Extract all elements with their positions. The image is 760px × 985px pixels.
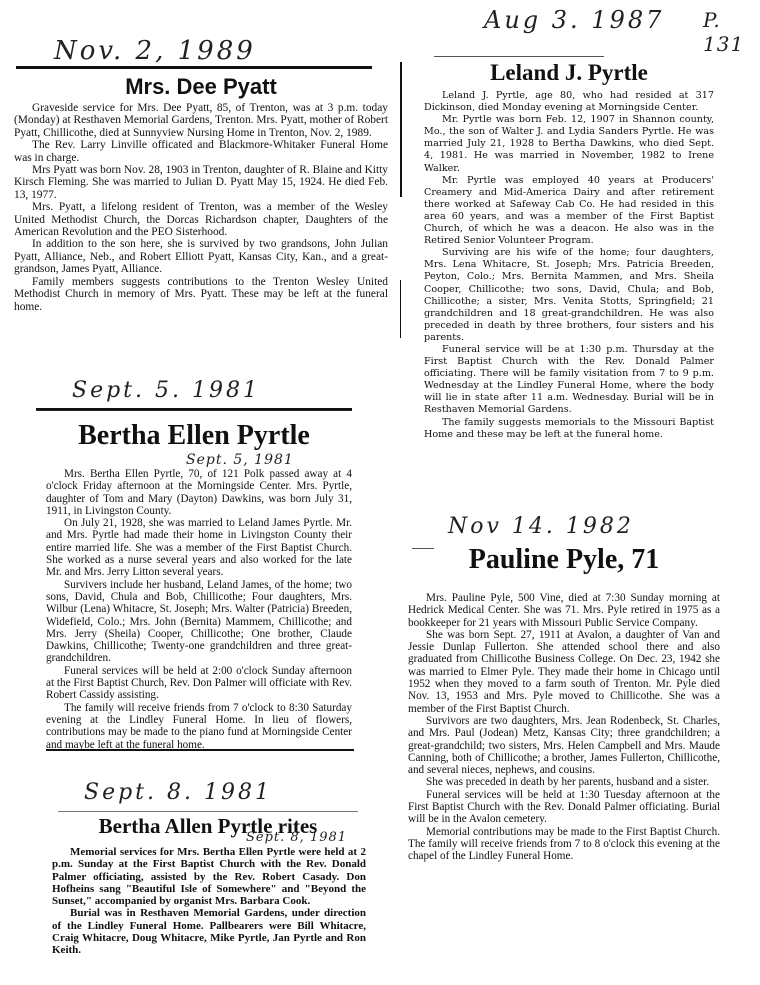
article-body: Memorial services for Mrs. Bertha Ellen … [52, 846, 366, 957]
paragraph: Funeral services will be held at 2:00 o'… [46, 665, 352, 702]
paragraph: Funeral services will be held at 1:30 Tu… [408, 789, 720, 826]
paragraph: Mr. Pyrtle was born Feb. 12, 1907 in Sha… [424, 114, 714, 174]
column-divider [400, 62, 402, 197]
paragraph: She was preceded in death by her parents… [408, 776, 720, 788]
article-body: Mrs. Bertha Ellen Pyrtle, 70, of 121 Pol… [46, 468, 352, 751]
handwritten-date: Nov. 2, 1989 [54, 36, 256, 66]
paragraph: She was born Sept. 27, 1911 at Avalon, a… [408, 629, 720, 715]
handwritten-date: Sept. 8. 1981 [84, 780, 272, 805]
paragraph: Mrs Pyatt was born Nov. 28, 1903 in Tren… [14, 164, 388, 201]
headline: Pauline Pyle, 71 [408, 544, 720, 576]
paragraph: Family members suggests contributions to… [14, 276, 388, 313]
handwritten-inline-date: Sept. 5, 1981 [186, 452, 294, 468]
clipping-top-rule [36, 408, 352, 411]
handwritten-inline-date: Sept. 8, 1981 [246, 830, 347, 845]
date-underline [434, 56, 604, 57]
paragraph: Mrs. Bertha Ellen Pyrtle, 70, of 121 Pol… [46, 468, 352, 517]
paragraph: In addition to the son here, she is surv… [14, 238, 388, 275]
clipping-top-rule [58, 811, 358, 812]
headline: Leland J. Pyrtle [424, 60, 714, 86]
paragraph: Burial was in Resthaven Memorial Gardens… [52, 907, 366, 956]
page-number-note: P. 131 [703, 8, 760, 56]
headline: Bertha Ellen Pyrtle [36, 420, 352, 452]
paragraph: The family will receive friends from 7 o… [46, 702, 352, 751]
handwritten-date: Aug 3. 1987 [484, 6, 664, 34]
article-body: Leland J. Pyrtle, age 80, who had reside… [424, 90, 714, 441]
handwritten-date: Nov 14. 1982 [448, 514, 634, 539]
paragraph: Memorial services for Mrs. Bertha Ellen … [52, 846, 366, 907]
paragraph: The family suggests memorials to the Mis… [424, 417, 714, 441]
paragraph: Mrs. Pauline Pyle, 500 Vine, died at 7:3… [408, 592, 720, 629]
article-body: Graveside service for Mrs. Dee Pyatt, 85… [14, 102, 388, 313]
clipping-top-rule [16, 66, 372, 69]
paragraph: Surviving are his wife of the home; four… [424, 247, 714, 344]
clipping-bottom-rule [46, 749, 354, 751]
paragraph: Survivers include her husband, Leland Ja… [46, 579, 352, 665]
paragraph: Funeral service will be at 1:30 p.m. Thu… [424, 344, 714, 417]
handwritten-date: Sept. 5. 1981 [72, 378, 260, 403]
article-body: Mrs. Pauline Pyle, 500 Vine, died at 7:3… [408, 592, 720, 863]
paragraph: On July 21, 1928, she was married to Lel… [46, 517, 352, 578]
paragraph: Memorial contributions may be made to th… [408, 826, 720, 863]
paragraph: Mrs. Pyatt, a lifelong resident of Trent… [14, 201, 388, 238]
column-divider-lower [400, 280, 401, 338]
headline: Mrs. Dee Pyatt [14, 74, 388, 100]
paragraph: Graveside service for Mrs. Dee Pyatt, 85… [14, 102, 388, 139]
paragraph: Leland J. Pyrtle, age 80, who had reside… [424, 90, 714, 114]
paragraph: The Rev. Larry Linville officated and Bl… [14, 139, 388, 164]
paragraph: Mr. Pyrtle was employed 40 years at Prod… [424, 175, 714, 248]
paragraph: Survivors are two daughters, Mrs. Jean R… [408, 715, 720, 776]
